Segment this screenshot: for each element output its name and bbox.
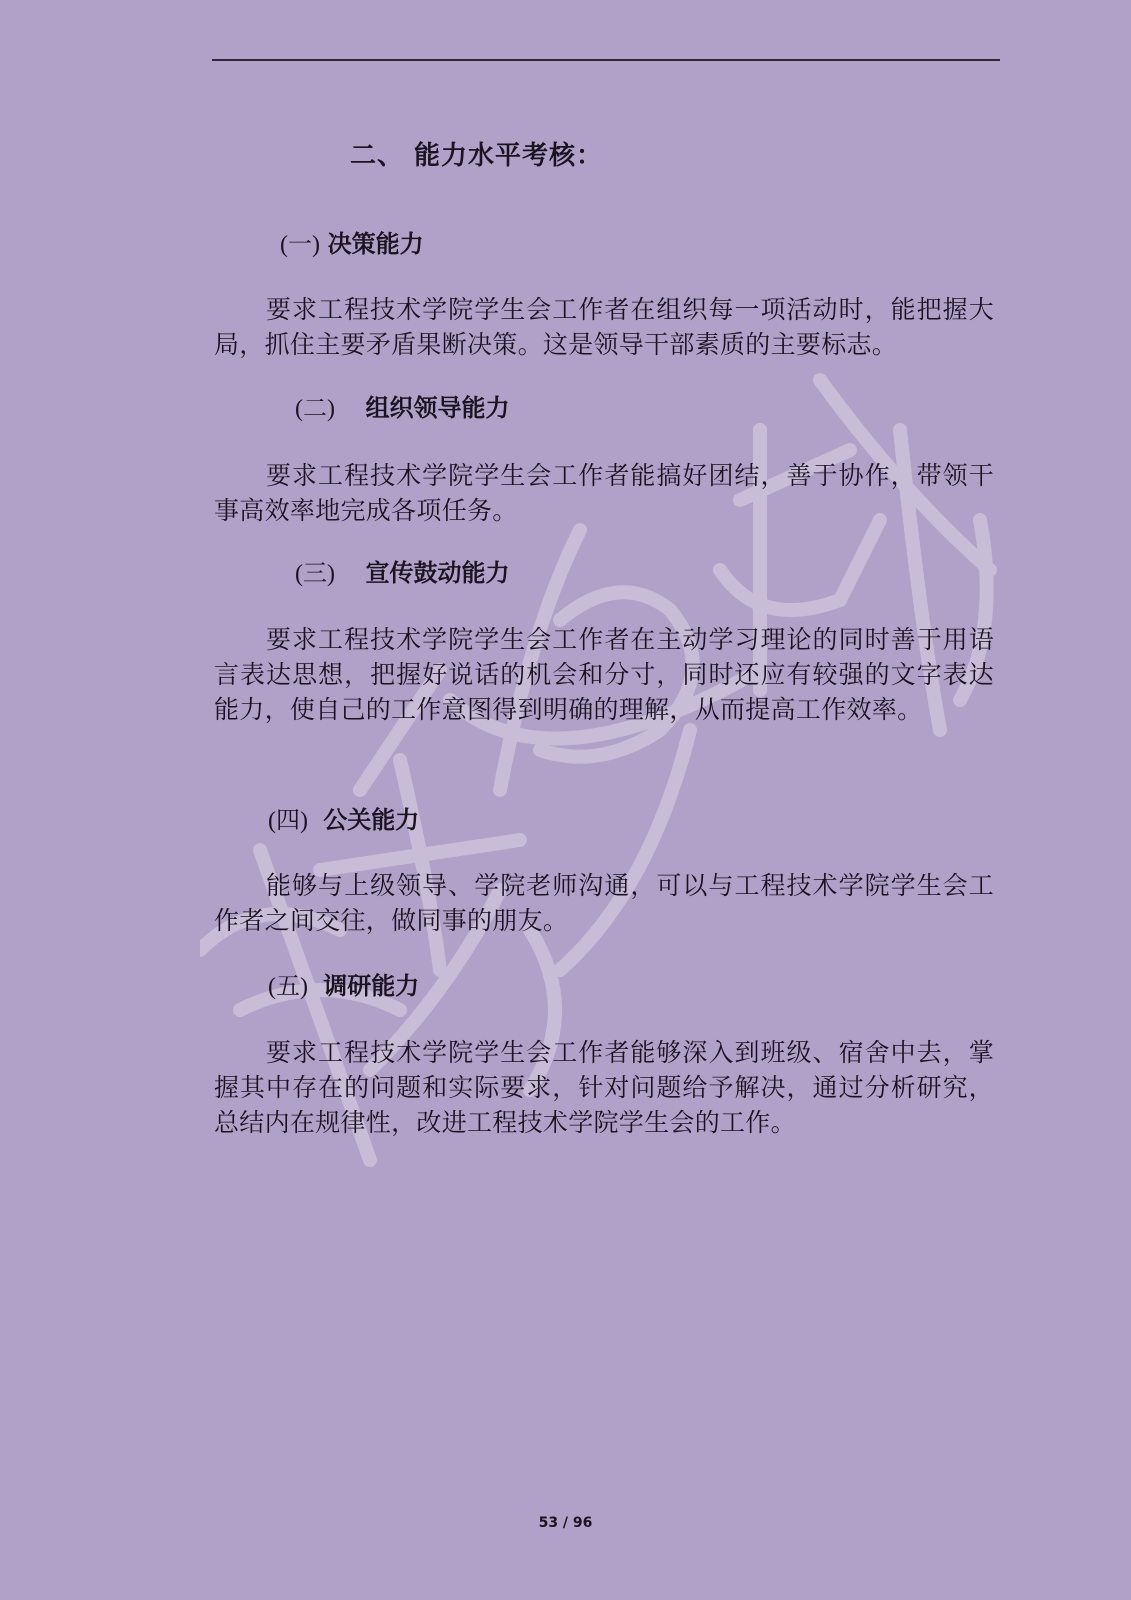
subheading-5: (五) 调研能力 [268,966,419,1001]
subheading-title: 调研能力 [323,972,419,1000]
subheading-title: 组织领导能力 [366,394,510,422]
subheading-4: (四) 公关能力 [268,800,419,835]
subheading-title: 公关能力 [323,806,419,834]
subheading-title: 决策能力 [328,230,424,258]
subheading-number: (二) [295,396,335,422]
subheading-1: (一) 决策能力 [280,224,424,259]
paragraph-1: 要求工程技术学院学生会工作者在组织每一项活动时，能把握大局，抓住主要矛盾果断决策… [214,292,994,362]
paragraph-3: 要求工程技术学院学生会工作者在主动学习理论的同时善于用语言表达思想，把握好说话的… [214,622,994,727]
paragraph-2: 要求工程技术学院学生会工作者能搞好团结，善于协作，带领干事高效率地完成各项任务。 [214,458,994,528]
section-heading: 二、 能力水平考核： [350,135,603,172]
paragraph-4: 能够与上级领导、学院老师沟通，可以与工程技术学院学生会工作者之间交往，做同事的朋… [214,868,994,938]
subheading-number: (三) [295,561,335,587]
subheading-3: (三) 宣传鼓动能力 [295,553,510,588]
subheading-number: (四) [268,808,308,834]
subheading-number: (一) [280,232,320,258]
subheading-2: (二) 组织领导能力 [295,388,510,423]
header-rule [212,59,1000,61]
page-number: 53 / 96 [0,1515,1131,1531]
subheading-number: (五) [268,974,308,1000]
subheading-title: 宣传鼓动能力 [366,559,510,587]
paragraph-5: 要求工程技术学院学生会工作者能够深入到班级、宿舍中去，掌握其中存在的问题和实际要… [214,1035,994,1140]
